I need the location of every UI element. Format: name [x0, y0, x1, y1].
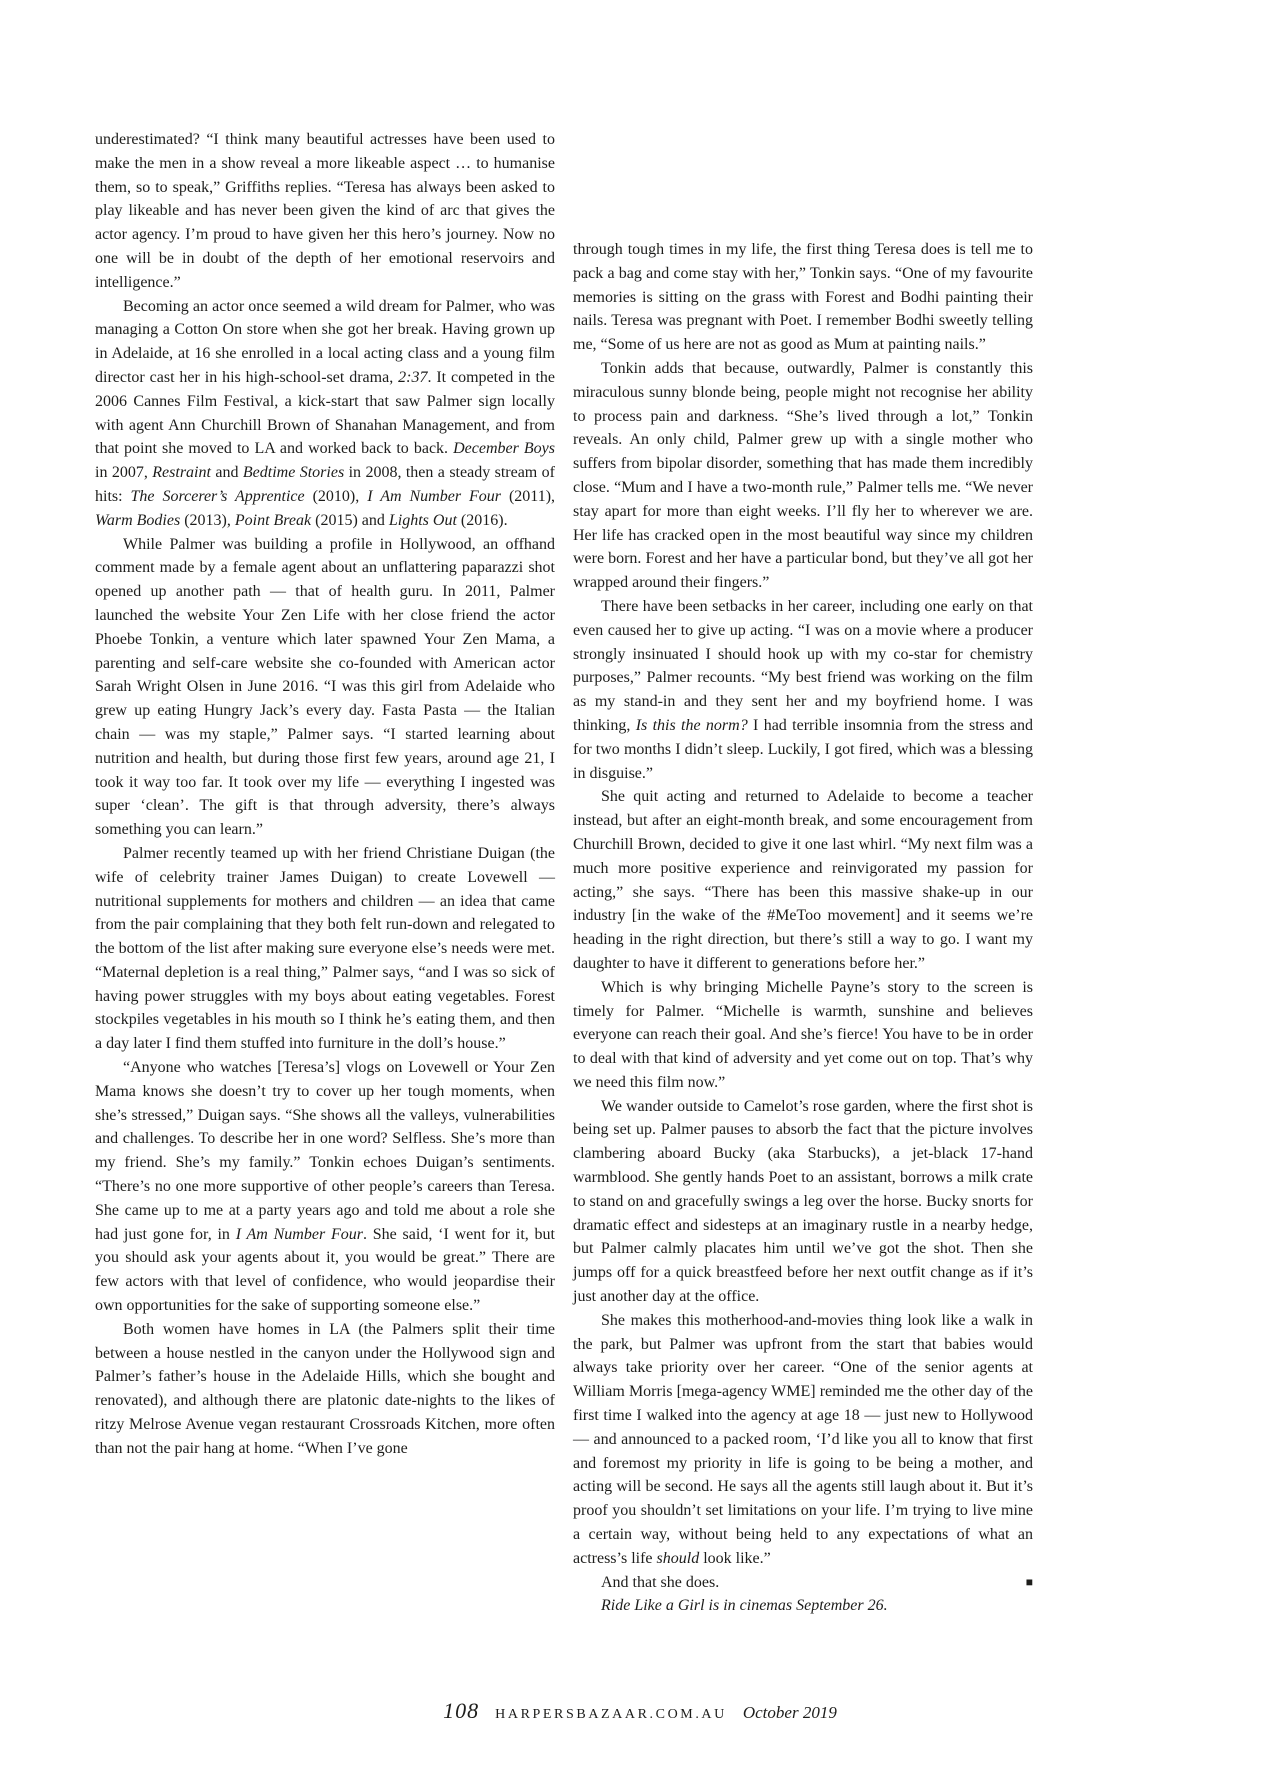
italic-text-run: Warm Bodies — [95, 512, 180, 529]
paragraph: And that she does.■ — [573, 1571, 1033, 1595]
paragraph: While Palmer was building a profile in H… — [95, 533, 555, 842]
footer-issue-date: October 2019 — [743, 1703, 837, 1723]
italic-text-run: Ride Like a Girl is in cinemas September… — [601, 1597, 888, 1614]
italic-text-run: I Am Number Four — [367, 488, 501, 505]
end-of-article-mark: ■ — [998, 1571, 1033, 1595]
text-run: look like.” — [699, 1550, 771, 1567]
paragraph: She quit acting and returned to Adelaide… — [573, 785, 1033, 975]
text-run: through tough times in my life, the firs… — [573, 241, 1033, 353]
text-run: There have been setbacks in her career, … — [573, 598, 1033, 734]
paragraph: Ride Like a Girl is in cinemas September… — [573, 1594, 1033, 1618]
italic-text-run: Lights Out — [389, 512, 457, 529]
text-run: Tonkin adds that because, outwardly, Pal… — [573, 360, 1033, 591]
text-run: Both women have homes in LA (the Palmers… — [95, 1321, 555, 1457]
paragraph: Which is why bringing Michelle Payne’s s… — [573, 976, 1033, 1095]
paragraph: Both women have homes in LA (the Palmers… — [95, 1318, 555, 1461]
text-run: “Anyone who watches [Teresa’s] vlogs on … — [95, 1059, 555, 1243]
paragraph: She makes this motherhood-and-movies thi… — [573, 1309, 1033, 1571]
paragraph: There have been setbacks in her career, … — [573, 595, 1033, 785]
italic-text-run: Bedtime Stories — [243, 464, 344, 481]
text-run: She quit acting and returned to Adelaide… — [573, 788, 1033, 972]
page-number: 108 — [443, 1698, 479, 1724]
text-run: And that she does. — [601, 1574, 719, 1591]
italic-text-run: Restraint — [152, 464, 211, 481]
paragraph: Tonkin adds that because, outwardly, Pal… — [573, 357, 1033, 595]
text-run: She makes this motherhood-and-movies thi… — [573, 1312, 1033, 1567]
text-run: Which is why bringing Michelle Payne’s s… — [573, 979, 1033, 1091]
paragraph: Becoming an actor once seemed a wild dre… — [95, 295, 555, 533]
paragraph: Palmer recently teamed up with her frien… — [95, 842, 555, 1056]
italic-text-run: The Sorcerer’s Apprentice — [131, 488, 305, 505]
text-run: While Palmer was building a profile in H… — [95, 536, 555, 839]
text-run: and — [211, 464, 243, 481]
text-run: (2016). — [457, 512, 508, 529]
text-run: Palmer recently teamed up with her frien… — [95, 845, 555, 1052]
italic-text-run: December Boys — [453, 440, 555, 457]
italic-text-run: 2:37 — [398, 369, 427, 386]
paragraph: underestimated? “I think many beautiful … — [95, 128, 555, 295]
text-run: (2010), — [305, 488, 368, 505]
page-footer: 108 HARPERSBAZAAR.COM.AU October 2019 — [0, 1698, 1280, 1724]
italic-text-run: Is this the norm? — [636, 717, 748, 734]
text-run: underestimated? “I think many beautiful … — [95, 131, 555, 291]
footer-website: HARPERSBAZAAR.COM.AU — [495, 1707, 727, 1723]
article-column-right: through tough times in my life, the firs… — [573, 238, 1033, 1618]
paragraph: We wander outside to Camelot’s rose gard… — [573, 1095, 1033, 1309]
text-run: (2011), — [501, 488, 555, 505]
text-run: (2013), — [180, 512, 235, 529]
text-run: in 2007, — [95, 464, 152, 481]
italic-text-run: I Am Number Four — [236, 1226, 363, 1243]
italic-text-run: should — [657, 1550, 700, 1567]
text-run: We wander outside to Camelot’s rose gard… — [573, 1098, 1033, 1305]
text-run: (2015) and — [311, 512, 389, 529]
italic-text-run: Point Break — [235, 512, 311, 529]
paragraph: through tough times in my life, the firs… — [573, 238, 1033, 357]
article-column-left: underestimated? “I think many beautiful … — [95, 128, 555, 1461]
paragraph: “Anyone who watches [Teresa’s] vlogs on … — [95, 1056, 555, 1318]
